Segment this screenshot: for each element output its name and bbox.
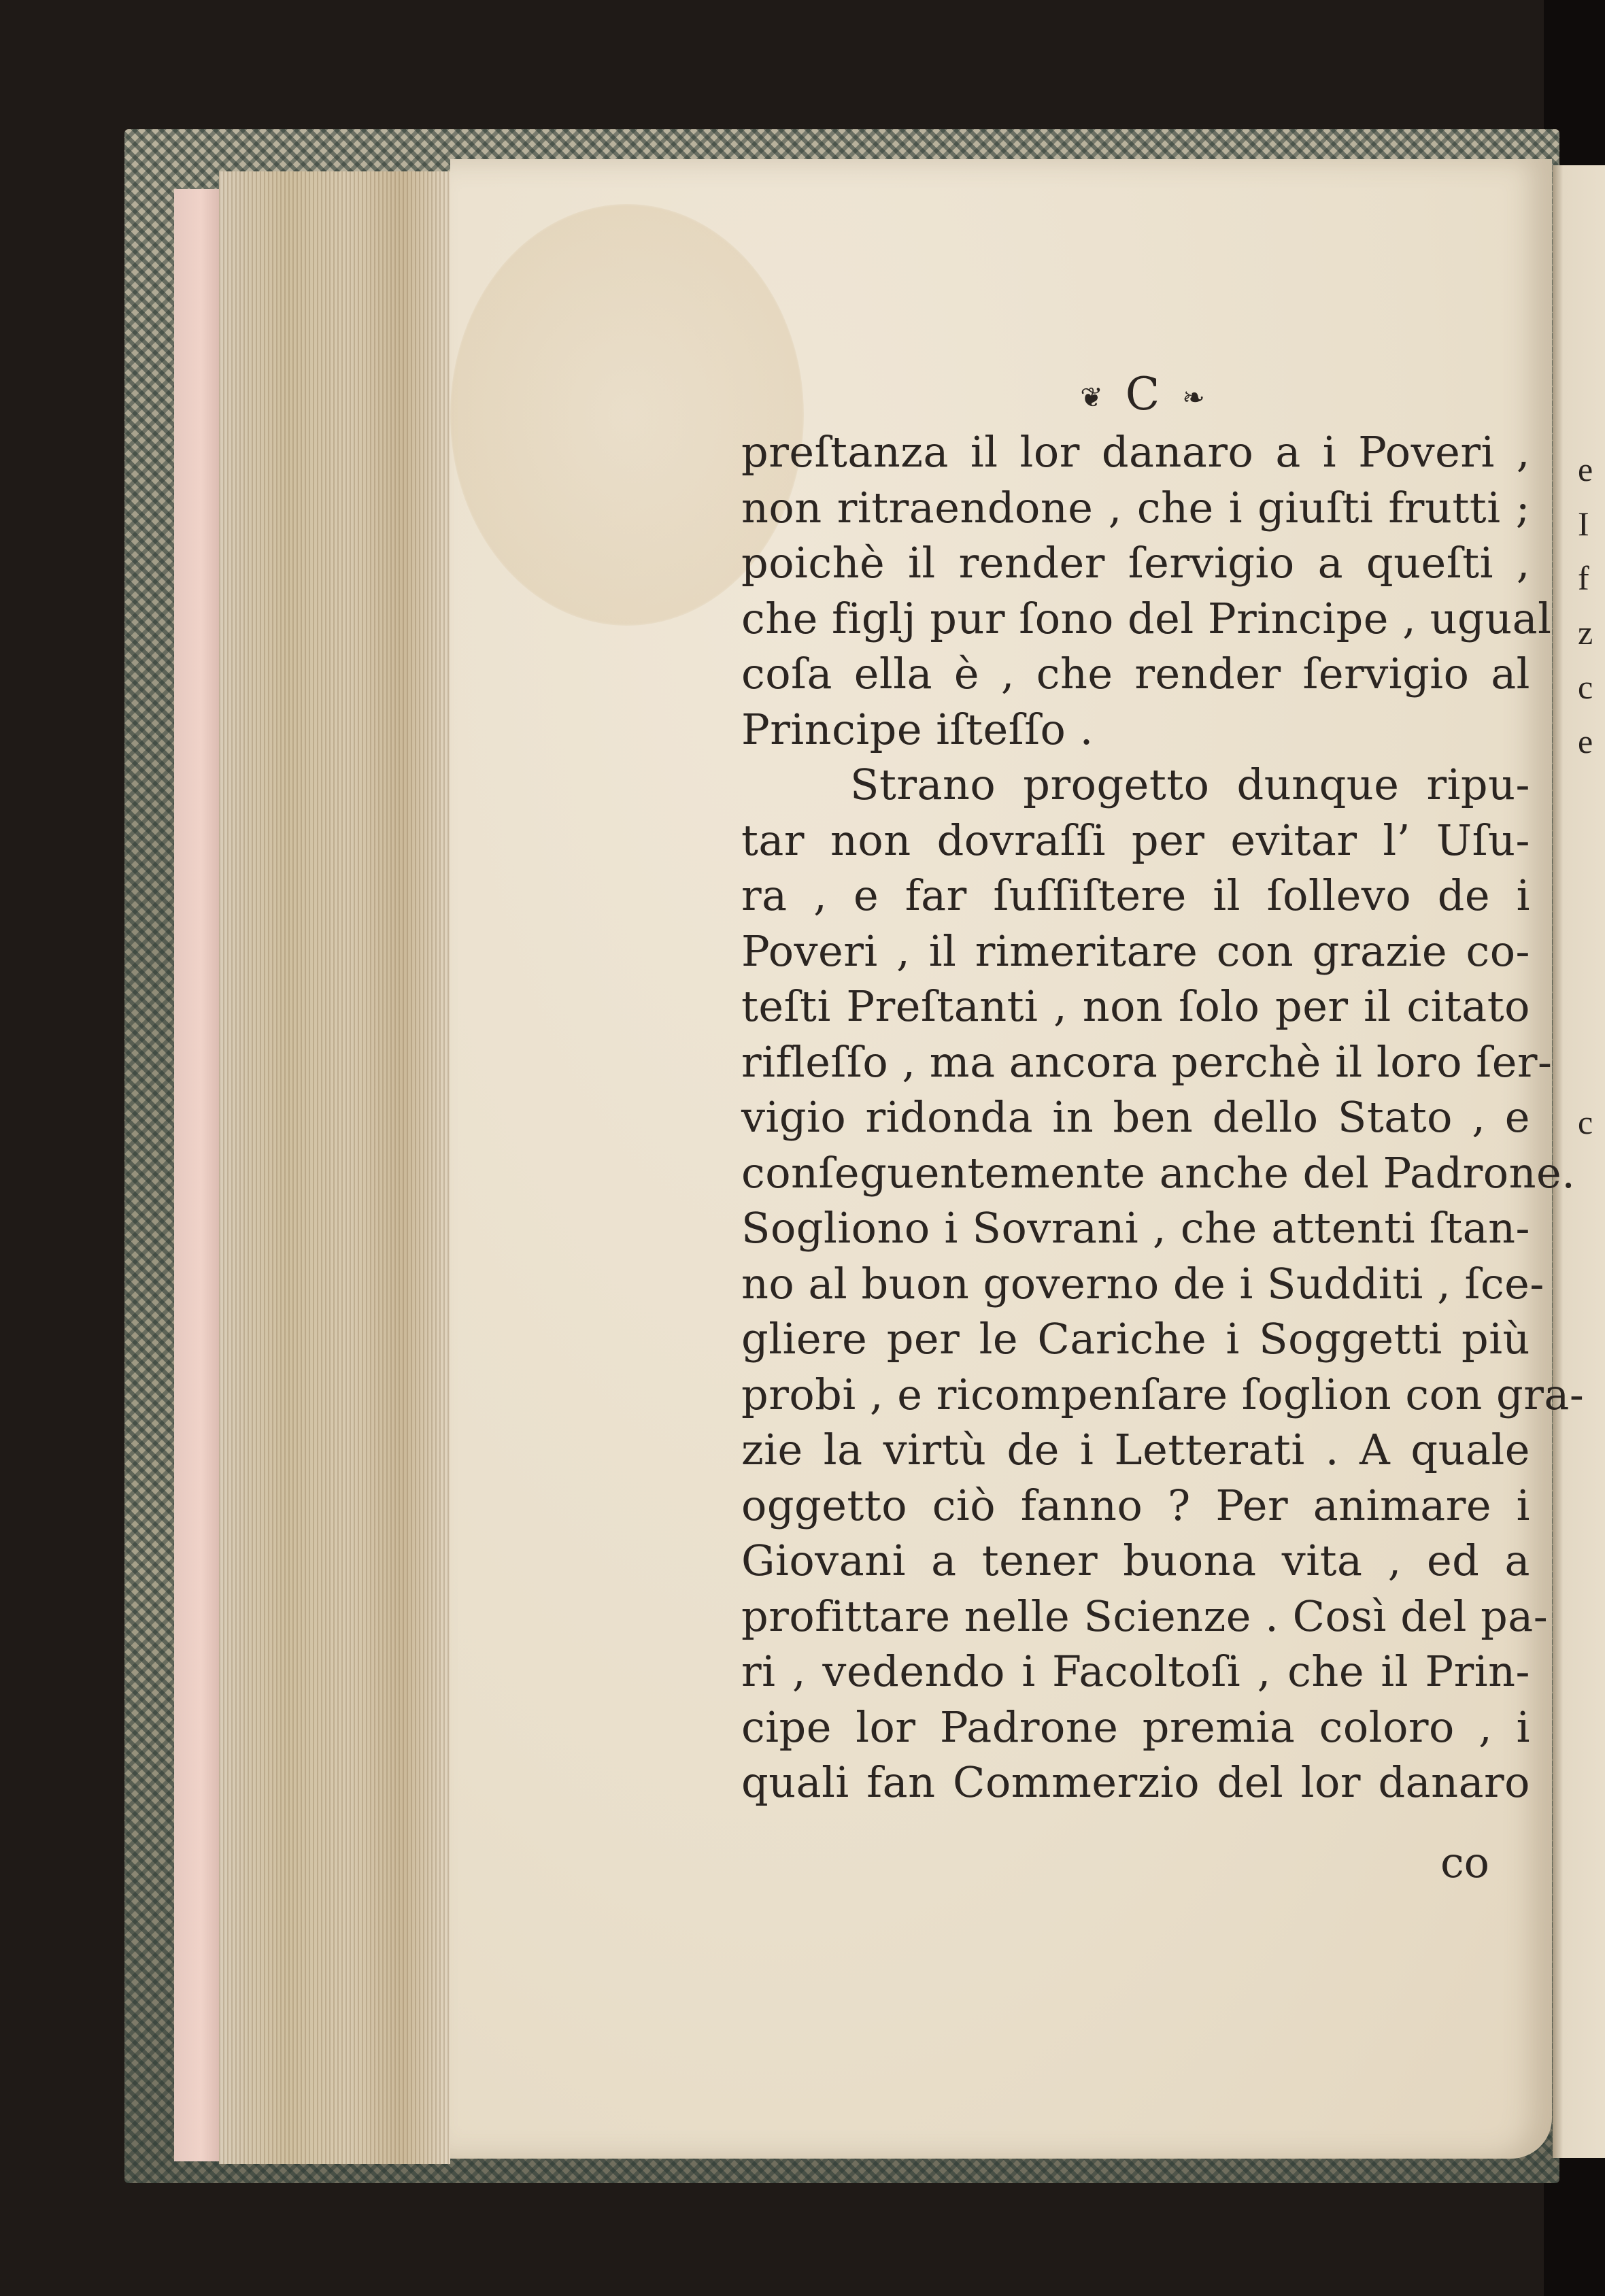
text-line: gliere per le Cariche i Soggetti più — [741, 1311, 1530, 1367]
facing-letter — [1578, 1041, 1605, 1095]
text-line: profittare nelle Scienze . Così del pa- — [741, 1589, 1530, 1644]
facing-letter — [1578, 769, 1605, 823]
text-line: coſa ella è , che render ſervigio al — [741, 646, 1530, 702]
text-line: zie la virtù de i Letterati . A quale — [741, 1422, 1530, 1478]
pink-endpaper — [174, 189, 220, 2161]
text-line: cipe lor Padrone premia coloro , i — [741, 1700, 1530, 1755]
running-head: ❦ C ❧ — [741, 367, 1530, 422]
text-line: teſti Preſtanti , non ſolo per il citato — [741, 979, 1530, 1034]
text-line: poichè il render ſervigio a queſti , — [741, 535, 1530, 591]
facing-letter: c — [1578, 660, 1605, 714]
facing-letter — [1578, 877, 1605, 932]
facing-letter: e — [1578, 442, 1605, 496]
facing-letter — [1578, 823, 1605, 877]
text-line: Strano progetto dunque ripu- — [741, 757, 1530, 813]
page-block-edges — [219, 171, 450, 2164]
text-line: Giovani a tener buona vita , ed a — [741, 1533, 1530, 1589]
text-line: che figlj pur ſono del Principe , ugual — [741, 591, 1530, 647]
facing-letter: c — [1578, 1095, 1605, 1149]
text-line: oggetto ciò fanno ? Per animare i — [741, 1478, 1530, 1534]
text-line: no al buon governo de i Sudditi , ſce- — [741, 1256, 1530, 1312]
text-line: rifleſſo , ma ancora perchè il loro ſer- — [741, 1034, 1530, 1090]
text-line: ra , e far ſuſſiſtere il ſollevo de i — [741, 868, 1530, 924]
text-line: preſtanza il lor danaro a i Poveri , — [741, 424, 1530, 480]
facing-letter — [1578, 986, 1605, 1041]
facing-letter: I — [1578, 496, 1605, 551]
facing-letter — [1578, 932, 1605, 986]
text-line: Poveri , il rimeritare con grazie co- — [741, 924, 1530, 979]
text-line: probi , e ricompenſare ſoglion con gra- — [741, 1367, 1530, 1423]
facing-letter: e — [1578, 714, 1605, 769]
catchword: co — [741, 1838, 1530, 1887]
fleuron-right-icon: ❧ — [1182, 382, 1205, 413]
text-line: ri , vedendo i Facoltoſi , che il Prin- — [741, 1644, 1530, 1700]
text-line: conſeguentemente anche del Padrone. — [741, 1145, 1530, 1201]
text-line: quali fan Commerzio del lor danaro — [741, 1755, 1530, 1810]
body-text: preſtanza il lor danaro a i Poveri ,non … — [741, 424, 1530, 1810]
text-line: non ritraendone , che i giuſti frutti ; — [741, 480, 1530, 536]
signature-mark: C — [1126, 368, 1160, 420]
fleuron-left-icon: ❦ — [1080, 382, 1103, 413]
facing-page-letters: eIfzcec — [1578, 442, 1605, 1149]
facing-letter: f — [1578, 551, 1605, 605]
text-line: vigio ridonda in ben dello Stato , e — [741, 1090, 1530, 1145]
text-line: tar non dovraſſi per evitar l’ Uſu- — [741, 813, 1530, 868]
text-line: Principe iſteſſo . — [741, 702, 1530, 758]
page-text-block: ❦ C ❧ preſtanza il lor danaro a i Poveri… — [741, 367, 1530, 1887]
text-line: Sogliono i Sovrani , che attenti ſtan- — [741, 1200, 1530, 1256]
facing-letter: z — [1578, 605, 1605, 660]
